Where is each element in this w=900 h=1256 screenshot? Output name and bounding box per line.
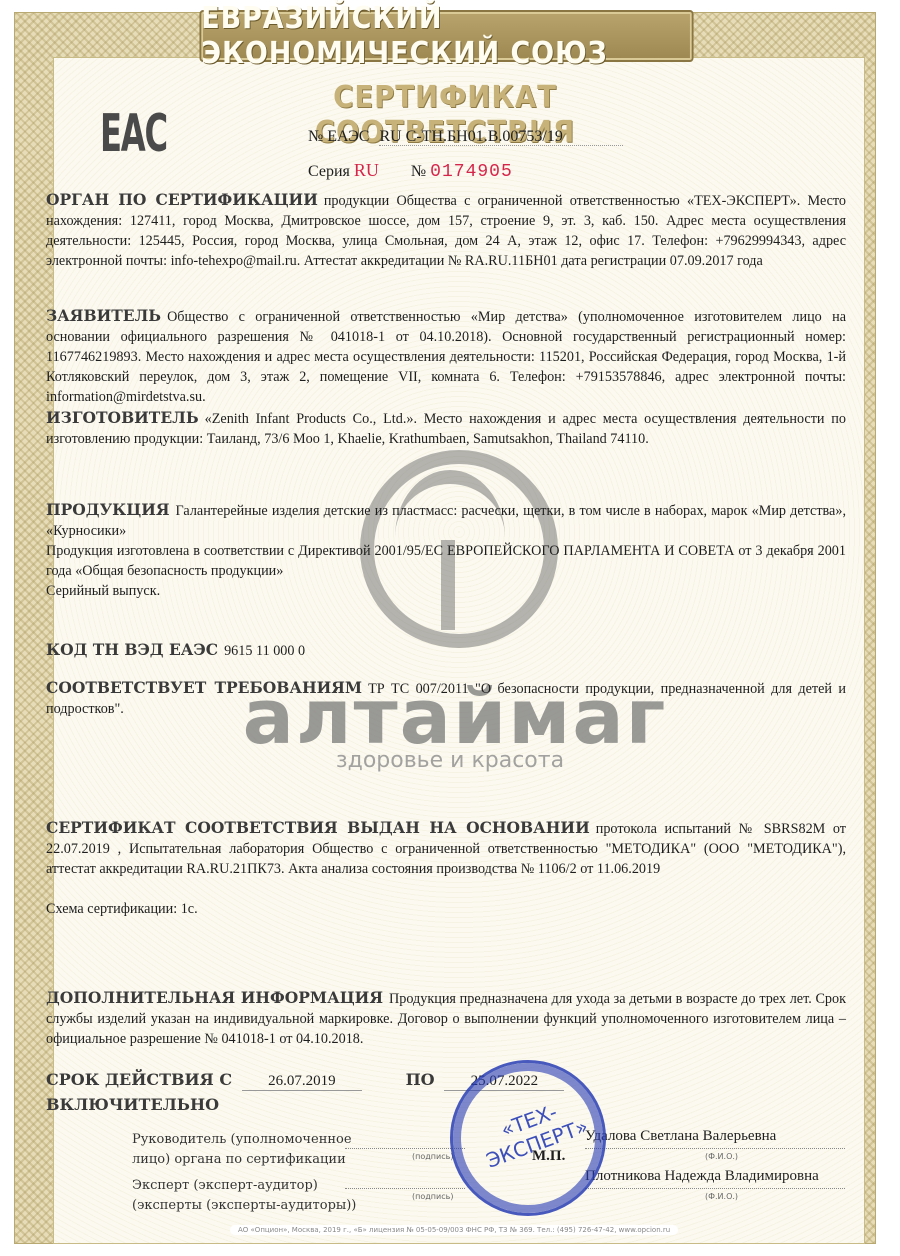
certification-scheme: Схема сертификации: 1с. bbox=[46, 899, 846, 919]
section-text: Общество с ограниченной ответственностью… bbox=[46, 309, 846, 405]
expert-signature-caption: (подпись) bbox=[412, 1192, 453, 1201]
head-label-line2: лицо) органа по сертификации bbox=[132, 1150, 352, 1170]
section-cert-body: ОРГАН ПО СЕРТИФИКАЦИИпродукции Общества … bbox=[46, 190, 846, 271]
eac-logo-icon: ЕАС bbox=[100, 104, 167, 164]
section-manufacturer: ИЗГОТОВИТЕЛЬ«Zenith Infant Products Co.,… bbox=[46, 408, 846, 449]
head-label-line1: Руководитель (уполномоченное bbox=[132, 1130, 352, 1150]
section-heading: ЗАЯВИТЕЛЬ bbox=[46, 306, 161, 325]
expert-label: Эксперт (эксперт-аудитор) (эксперты (экс… bbox=[132, 1176, 356, 1216]
validity-to-label: ПО bbox=[406, 1070, 435, 1089]
union-banner: ЕВРАЗИЙСКИЙ ЭКОНОМИЧЕСКИЙ СОЮЗ bbox=[199, 10, 693, 62]
union-title: ЕВРАЗИЙСКИЙ ЭКОНОМИЧЕСКИЙ СОЮЗ bbox=[201, 1, 692, 71]
head-signature-caption: (подпись) bbox=[412, 1152, 453, 1161]
blank-number-label: № bbox=[411, 163, 426, 180]
series-value: RU bbox=[354, 160, 379, 180]
section-conforms: СООТВЕТСТВУЕТ ТРЕБОВАНИЯМТР ТС 007/2011 … bbox=[46, 678, 846, 719]
section-applicant: ЗАЯВИТЕЛЬОбщество с ограниченной ответст… bbox=[46, 306, 846, 407]
head-signature-line bbox=[345, 1148, 465, 1149]
section-heading: СЕРТИФИКАТ СООТВЕТСТВИЯ ВЫДАН НА ОСНОВАН… bbox=[46, 818, 590, 837]
printer-imprint: АО «Опцион», Москва, 2019 г., «Б» лиценз… bbox=[230, 1225, 678, 1235]
expert-fio-line bbox=[585, 1188, 845, 1189]
section-heading: КОД ТН ВЭД ЕАЭС bbox=[46, 640, 218, 659]
section-heading: ИЗГОТОВИТЕЛЬ bbox=[46, 408, 199, 427]
head-fio-line bbox=[585, 1148, 845, 1149]
section-basis: СЕРТИФИКАТ СООТВЕТСТВИЯ ВЫДАН НА ОСНОВАН… bbox=[46, 818, 846, 919]
watermark-tagline: здоровье и красота bbox=[300, 748, 600, 773]
section-heading: СООТВЕТСТВУЕТ ТРЕБОВАНИЯМ bbox=[46, 678, 362, 697]
expert-fio-caption: (Ф.И.О.) bbox=[705, 1192, 738, 1201]
section-code: КОД ТН ВЭД ЕАЭС9615 11 000 0 bbox=[46, 640, 846, 661]
number-label: № ЕАЭС bbox=[308, 128, 369, 145]
blank-number-value: 0174905 bbox=[430, 162, 513, 182]
product-release: Серийный выпуск. bbox=[46, 581, 846, 601]
section-product: ПРОДУКЦИЯГалантерейные изделия детские и… bbox=[46, 500, 846, 601]
head-fio-caption: (Ф.И.О.) bbox=[705, 1152, 738, 1161]
section-heading: ДОПОЛНИТЕЛЬНАЯ ИНФОРМАЦИЯ bbox=[46, 988, 383, 1007]
seal-mark: М.П. bbox=[532, 1148, 565, 1165]
section-heading: ОРГАН ПО СЕРТИФИКАЦИИ bbox=[46, 190, 318, 209]
number-value: RU C-TH.БН01.В.00753/19 bbox=[379, 128, 622, 146]
head-name: Удалова Светлана Валерьевна bbox=[585, 1128, 776, 1145]
expert-label-line1: Эксперт (эксперт-аудитор) bbox=[132, 1176, 356, 1196]
section-text: 9615 11 000 0 bbox=[224, 643, 305, 659]
section-heading: ПРОДУКЦИЯ bbox=[46, 500, 170, 519]
expert-name: Плотникова Надежда Владимировна bbox=[585, 1168, 819, 1185]
certificate-number: № ЕАЭС RU C-TH.БН01.В.00753/19 bbox=[308, 128, 623, 146]
expert-signature-line bbox=[345, 1188, 465, 1189]
validity-from-label: СРОК ДЕЙСТВИЯ С bbox=[46, 1070, 232, 1089]
head-label: Руководитель (уполномоченное лицо) орган… bbox=[132, 1130, 352, 1170]
expert-label-line2: (эксперты (эксперты-аудиторы)) bbox=[132, 1196, 356, 1216]
validity-from-value: 26.07.2019 bbox=[242, 1073, 362, 1091]
series-line: Серия RU № 0174905 bbox=[308, 160, 513, 182]
section-additional: ДОПОЛНИТЕЛЬНАЯ ИНФОРМАЦИЯПродукция предн… bbox=[46, 988, 846, 1049]
series-label: Серия bbox=[308, 163, 350, 180]
product-directive: Продукция изготовлена в соответствии с Д… bbox=[46, 541, 846, 581]
